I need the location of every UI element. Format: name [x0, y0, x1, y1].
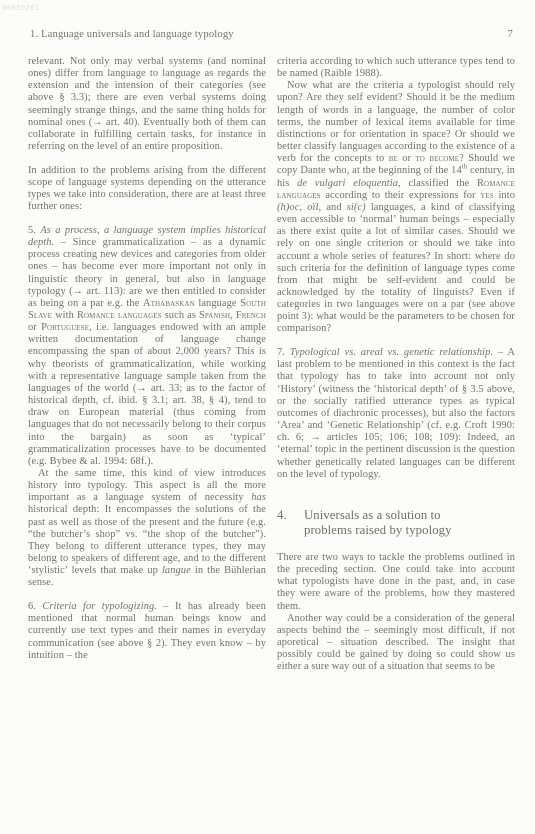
- text-run: Another way could be a consideration of …: [277, 613, 515, 673]
- paragraph: Now what are the criteria a typologist s…: [277, 80, 515, 335]
- section-number: 4.: [277, 508, 304, 539]
- text-run: (h)oc, oïl,: [277, 202, 321, 213]
- text-run: Athabaskan: [143, 298, 195, 309]
- right-column: criteria according to which such utteran…: [277, 56, 515, 674]
- text-run: In addition to the problems arising from…: [28, 165, 266, 212]
- text-run: to become: [416, 153, 460, 164]
- text-run: has: [251, 492, 266, 503]
- left-column: relevant. Not only may verbal systems (a…: [28, 56, 266, 674]
- text-run: , i.e. languages endowed with an ample w…: [28, 322, 266, 467]
- section-title: Universals as a solution toproblems rais…: [304, 508, 515, 539]
- text-run: or: [28, 322, 41, 333]
- text-run: , classified the: [398, 178, 477, 189]
- paragraph: In addition to the problems arising from…: [28, 165, 266, 214]
- text-run: or: [398, 153, 416, 164]
- paragraph: 6. Criteria for typologizing. – It has a…: [28, 601, 266, 662]
- paragraph: 7. Typological vs. areal vs. genetic rel…: [277, 347, 515, 481]
- text-run: 5.: [28, 225, 40, 236]
- running-title: 1. Language universals and language typo…: [30, 29, 234, 40]
- text-run: with: [52, 310, 77, 321]
- paragraph: relevant. Not only may verbal systems (a…: [28, 56, 266, 153]
- text-run: – A last problem to be mentioned in this…: [277, 347, 515, 480]
- page-number: 7: [508, 29, 513, 40]
- book-page: 00050261 1. Language universals and lang…: [0, 0, 535, 834]
- text-run: There are two ways to tackle the problem…: [277, 552, 515, 612]
- scan-watermark: 00050261: [2, 4, 40, 12]
- text-run: Typological vs. areal vs. genetic relati…: [290, 347, 493, 358]
- paragraph: There are two ways to tackle the problem…: [277, 552, 515, 613]
- page-header: 1. Language universals and language typo…: [30, 29, 513, 40]
- text-run: relevant. Not only may verbal systems (a…: [28, 56, 266, 152]
- text-run: si(c): [347, 202, 366, 213]
- text-run: into: [494, 190, 515, 201]
- text-run: Portuguese: [41, 322, 89, 333]
- text-run: be: [389, 153, 398, 164]
- text-run: French: [236, 310, 266, 321]
- text-run: de vulgari eloquentia: [297, 178, 398, 189]
- text-run: criteria according to which such utteran…: [277, 56, 515, 79]
- text-run: language: [195, 298, 241, 309]
- text-run: At the same time, this kind of view intr…: [28, 468, 266, 503]
- text-columns: relevant. Not only may verbal systems (a…: [28, 56, 515, 674]
- text-run: 7.: [277, 347, 290, 358]
- paragraph: criteria according to which such utteran…: [277, 56, 515, 80]
- paragraph: Another way could be a consideration of …: [277, 613, 515, 674]
- text-run: Now what are the criteria a typologist s…: [277, 80, 515, 164]
- text-run: according to their expressions for: [321, 190, 481, 201]
- text-run: langue: [162, 565, 191, 576]
- text-run: such as: [162, 310, 199, 321]
- text-run: Criteria for typologizing.: [42, 601, 157, 612]
- text-run: yes: [480, 190, 494, 201]
- paragraph: At the same time, this kind of view intr…: [28, 468, 266, 590]
- section-heading: 4.Universals as a solution toproblems ra…: [277, 508, 515, 539]
- text-run: Romance languages: [77, 310, 162, 321]
- text-run: and: [321, 202, 347, 213]
- text-run: 6.: [28, 601, 42, 612]
- text-run: Spanish: [199, 310, 230, 321]
- text-run: languages, a kind of classifying even ac…: [277, 202, 515, 335]
- paragraph: 5. As a process, a language system impli…: [28, 225, 266, 468]
